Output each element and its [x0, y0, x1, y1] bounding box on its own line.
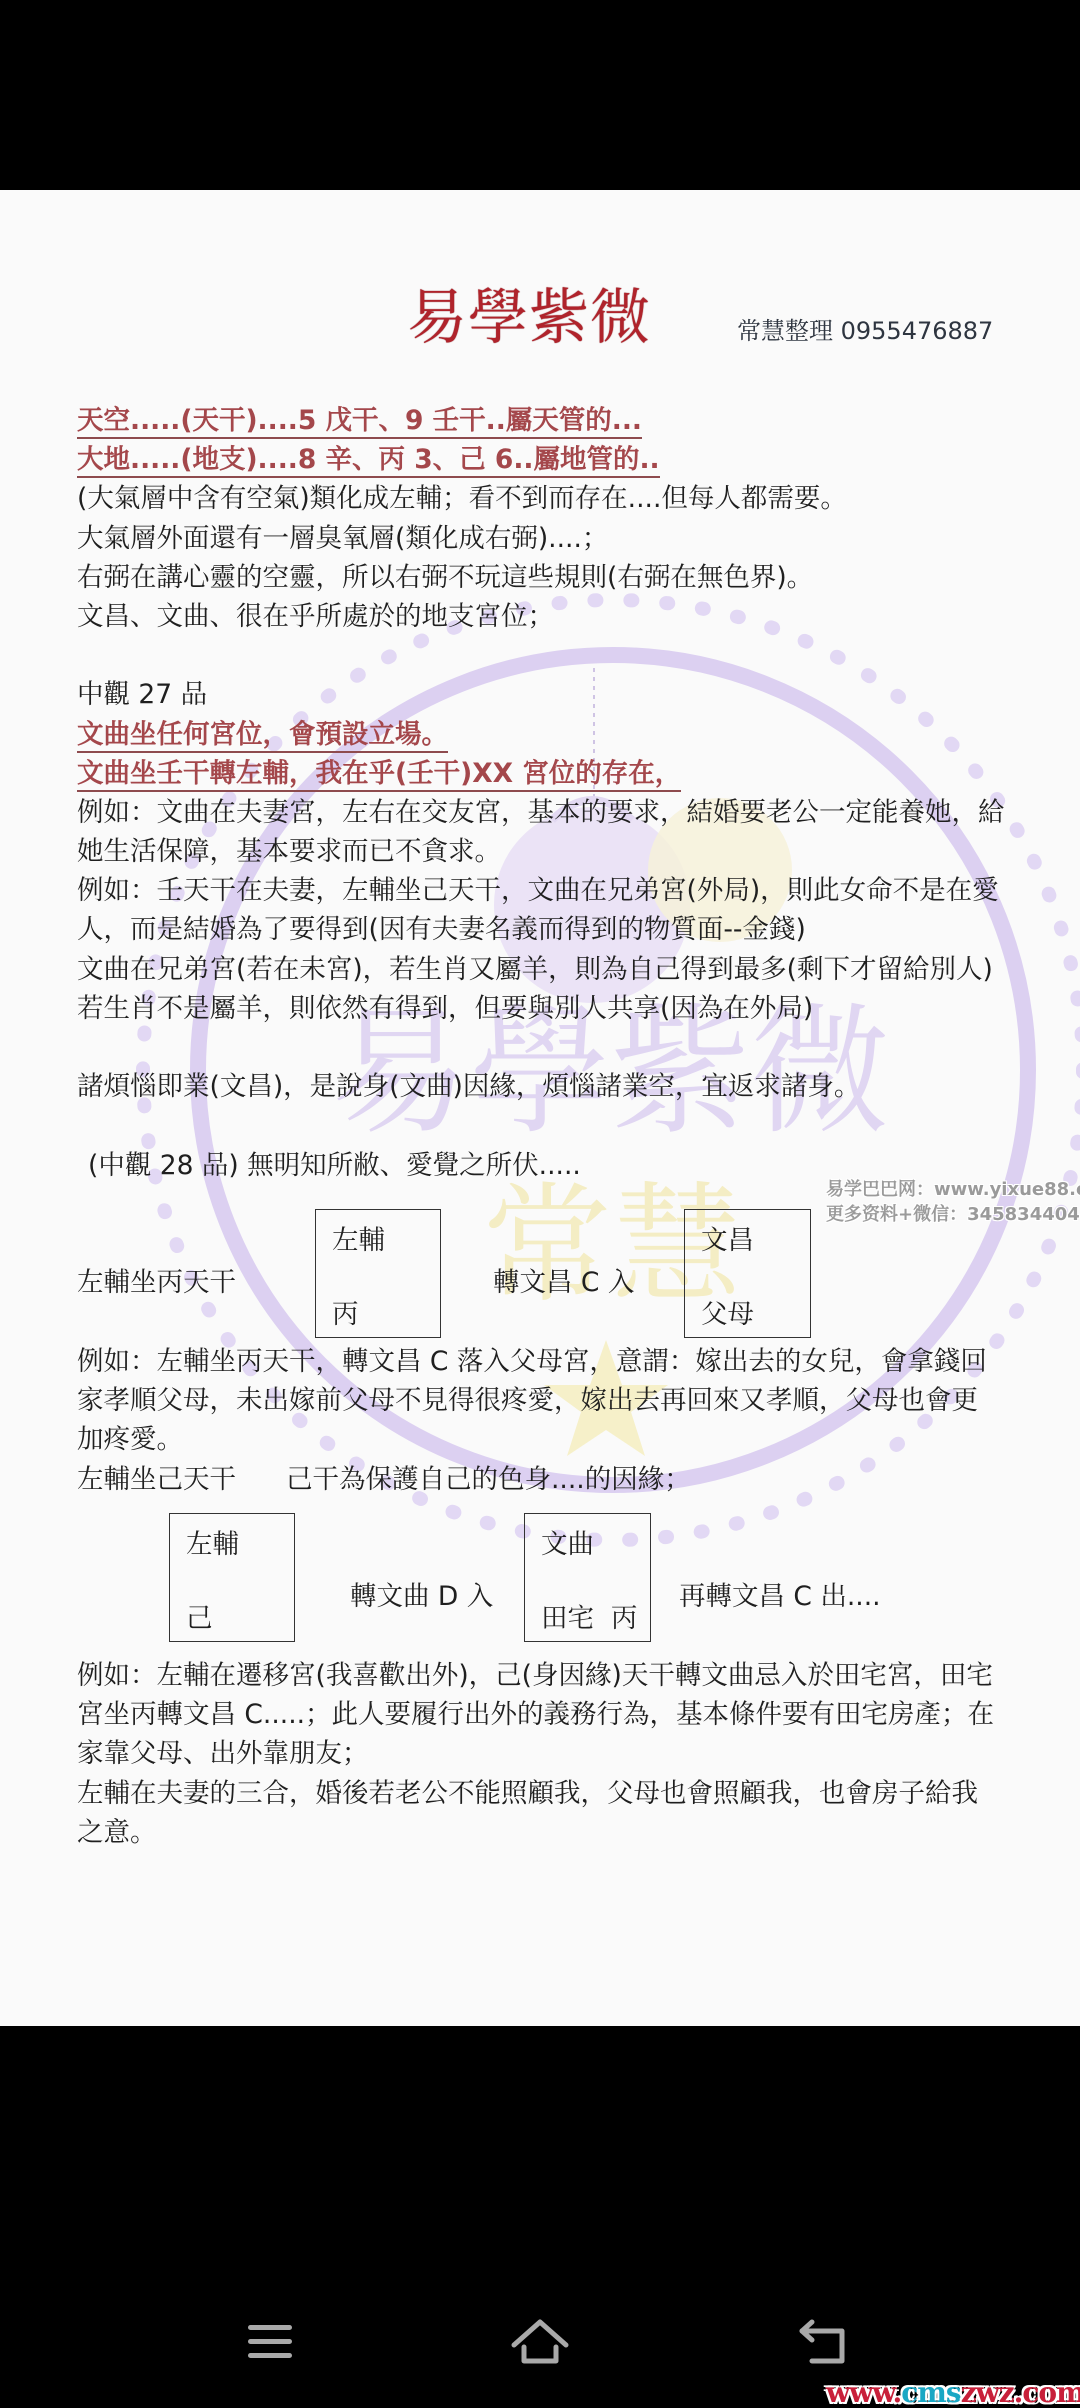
palace-box-wenchang-parents: 文昌 父母 [684, 1209, 811, 1338]
text-line: 加疼愛。 [77, 1420, 987, 1459]
text-line: 若生肖不是屬羊，則依然有得到，但要與別人共享(因為在外局) [77, 989, 1005, 1028]
menu-icon [247, 2323, 293, 2361]
contact-watermark: 更多资料+微信：3458344044 [826, 1203, 1080, 1227]
box-star: 左輔 [186, 1522, 239, 1561]
screen: 易學紫微 常慧 易學紫微 常慧整理 0955476887 天空.....(天干)… [0, 0, 1080, 2408]
text-line: 她生活保障，基本要求而已不貪求。 [77, 832, 1005, 871]
diagram1-transition: 轉文昌 C 入 [493, 1265, 634, 1301]
section-heading: 中觀 27 品 [77, 675, 1005, 714]
text-line: 天空.....(天干)....5 戊干、9 壬干..屬天管的... [77, 401, 1005, 440]
text-line: 大氣層外面還有一層臭氧層(類化成右弼)....； [77, 519, 1005, 558]
blank-line [77, 1028, 1005, 1067]
text-block-example2: 例如：左輔坐丙天干，轉文昌 C 落入父母宮，意謂：嫁出去的女兒，會拿錢回 家孝順… [77, 1342, 987, 1499]
palace-box-zuofu-ji: 左輔 己 [169, 1513, 295, 1642]
back-icon [798, 2319, 850, 2365]
back-button[interactable] [784, 2312, 864, 2372]
text-line: 家靠父母、出外靠朋友； [77, 1734, 994, 1773]
palace-box-zuofu-bing: 左輔 丙 [315, 1209, 441, 1338]
site-watermark: 易学巴巴网：www.yixue88.cn [826, 1178, 1080, 1202]
blank-line [77, 1106, 1005, 1145]
page-title: 易學紫微 [407, 282, 651, 354]
footer-watermark: www.cmszwz.com [826, 2378, 1080, 2408]
text-line: 例如：左輔在遷移宮(我喜歡出外)，己(身因緣)天干轉文曲忌入於田宅宮，田宅 [77, 1656, 994, 1695]
text-line: 文曲坐任何宮位，會預設立場。 [77, 715, 1005, 754]
author-credit: 常慧整理 0955476887 [737, 316, 993, 346]
text-line: 諸煩惱即業(文昌)，是說身(文曲)因緣，煩惱諸業空，宜返求諸身。 [77, 1067, 1005, 1106]
text-line: (大氣層中含有空氣)類化成左輔；看不到而存在....但每人都需要。 [77, 479, 1005, 518]
navigation-bar [0, 2026, 1080, 2408]
text-line: 文曲坐壬干轉左輔，我在乎(壬干)XX 宮位的存在， [77, 754, 1005, 793]
text-line: 左輔坐己天干 己干為保護自己的色身....的因緣； [77, 1460, 987, 1499]
text-line: 左輔在夫妻的三合，婚後若老公不能照顧我，父母也會照顧我，也會房子給我 [77, 1774, 994, 1813]
box-star: 文曲 [541, 1522, 594, 1561]
diagram2-after: 再轉文昌 C 出.... [679, 1579, 881, 1615]
text-line: 文曲在兄弟宮(若在未宮)，若生肖又屬羊，則為自己得到最多(剩下才留給別人) [77, 950, 1005, 989]
text-line: 之意。 [77, 1813, 994, 1852]
diagram1-label: 左輔坐丙天干 [77, 1265, 236, 1301]
document-page[interactable]: 易學紫微 常慧 易學紫微 常慧整理 0955476887 天空.....(天干)… [0, 190, 1080, 2026]
menu-button[interactable] [230, 2312, 310, 2372]
home-icon [510, 2319, 570, 2365]
text-block-intro: 天空.....(天干)....5 戊干、9 壬干..屬天管的... 大地....… [77, 401, 1005, 1185]
text-line: 家孝順父母，未出嫁前父母不見得很疼愛，嫁出去再回來又孝順，父母也會更 [77, 1381, 987, 1420]
text-line: 例如：壬天干在夫妻，左輔坐己天干，文曲在兄弟宮(外局)，則此女命不是在愛 [77, 871, 1005, 910]
box-palace: 父母 [701, 1292, 754, 1331]
box-stem: 丙 [332, 1292, 359, 1331]
line-right: 己干為保護自己的色身....的因緣； [286, 1460, 691, 1499]
text-line: 文昌、文曲、很在乎所處於的地支宮位； [77, 597, 1005, 636]
box-star: 文昌 [701, 1218, 754, 1257]
box-stem: 己 [186, 1596, 213, 1635]
diagram2-transition: 轉文曲 D 入 [350, 1579, 493, 1615]
blank-line [77, 636, 1005, 675]
text-block-example3: 例如：左輔在遷移宮(我喜歡出外)，己(身因緣)天干轉文曲忌入於田宅宮，田宅 宮坐… [77, 1656, 994, 1852]
text-line: 右弼在講心靈的空靈，所以右弼不玩這些規則(右弼在無色界)。 [77, 558, 1005, 597]
text-line: 宮坐丙轉文昌 C.....；此人要履行出外的義務行為，基本條件要有田宅房產；在 [77, 1695, 994, 1734]
text-line: 例如：文曲在夫妻宮，左右在交友宮，基本的要求，結婚要老公一定能養她，給 [77, 793, 1005, 832]
box-star: 左輔 [332, 1218, 385, 1257]
text-line: 例如：左輔坐丙天干，轉文昌 C 落入父母宮，意謂：嫁出去的女兒，會拿錢回 [77, 1342, 987, 1381]
home-button[interactable] [500, 2312, 580, 2372]
palace-box-wenqu-property: 文曲 田宅 丙 [524, 1513, 651, 1642]
box-palace: 田宅 丙 [541, 1596, 637, 1635]
line-left: 左輔坐己天干 [77, 1464, 236, 1495]
text-line: 大地.....(地支)....8 辛、丙 3、己 6..屬地管的.. [77, 440, 1005, 479]
text-line: 人，而是結婚為了要得到(因有夫妻名義而得到的物質面--金錢) [77, 910, 1005, 949]
